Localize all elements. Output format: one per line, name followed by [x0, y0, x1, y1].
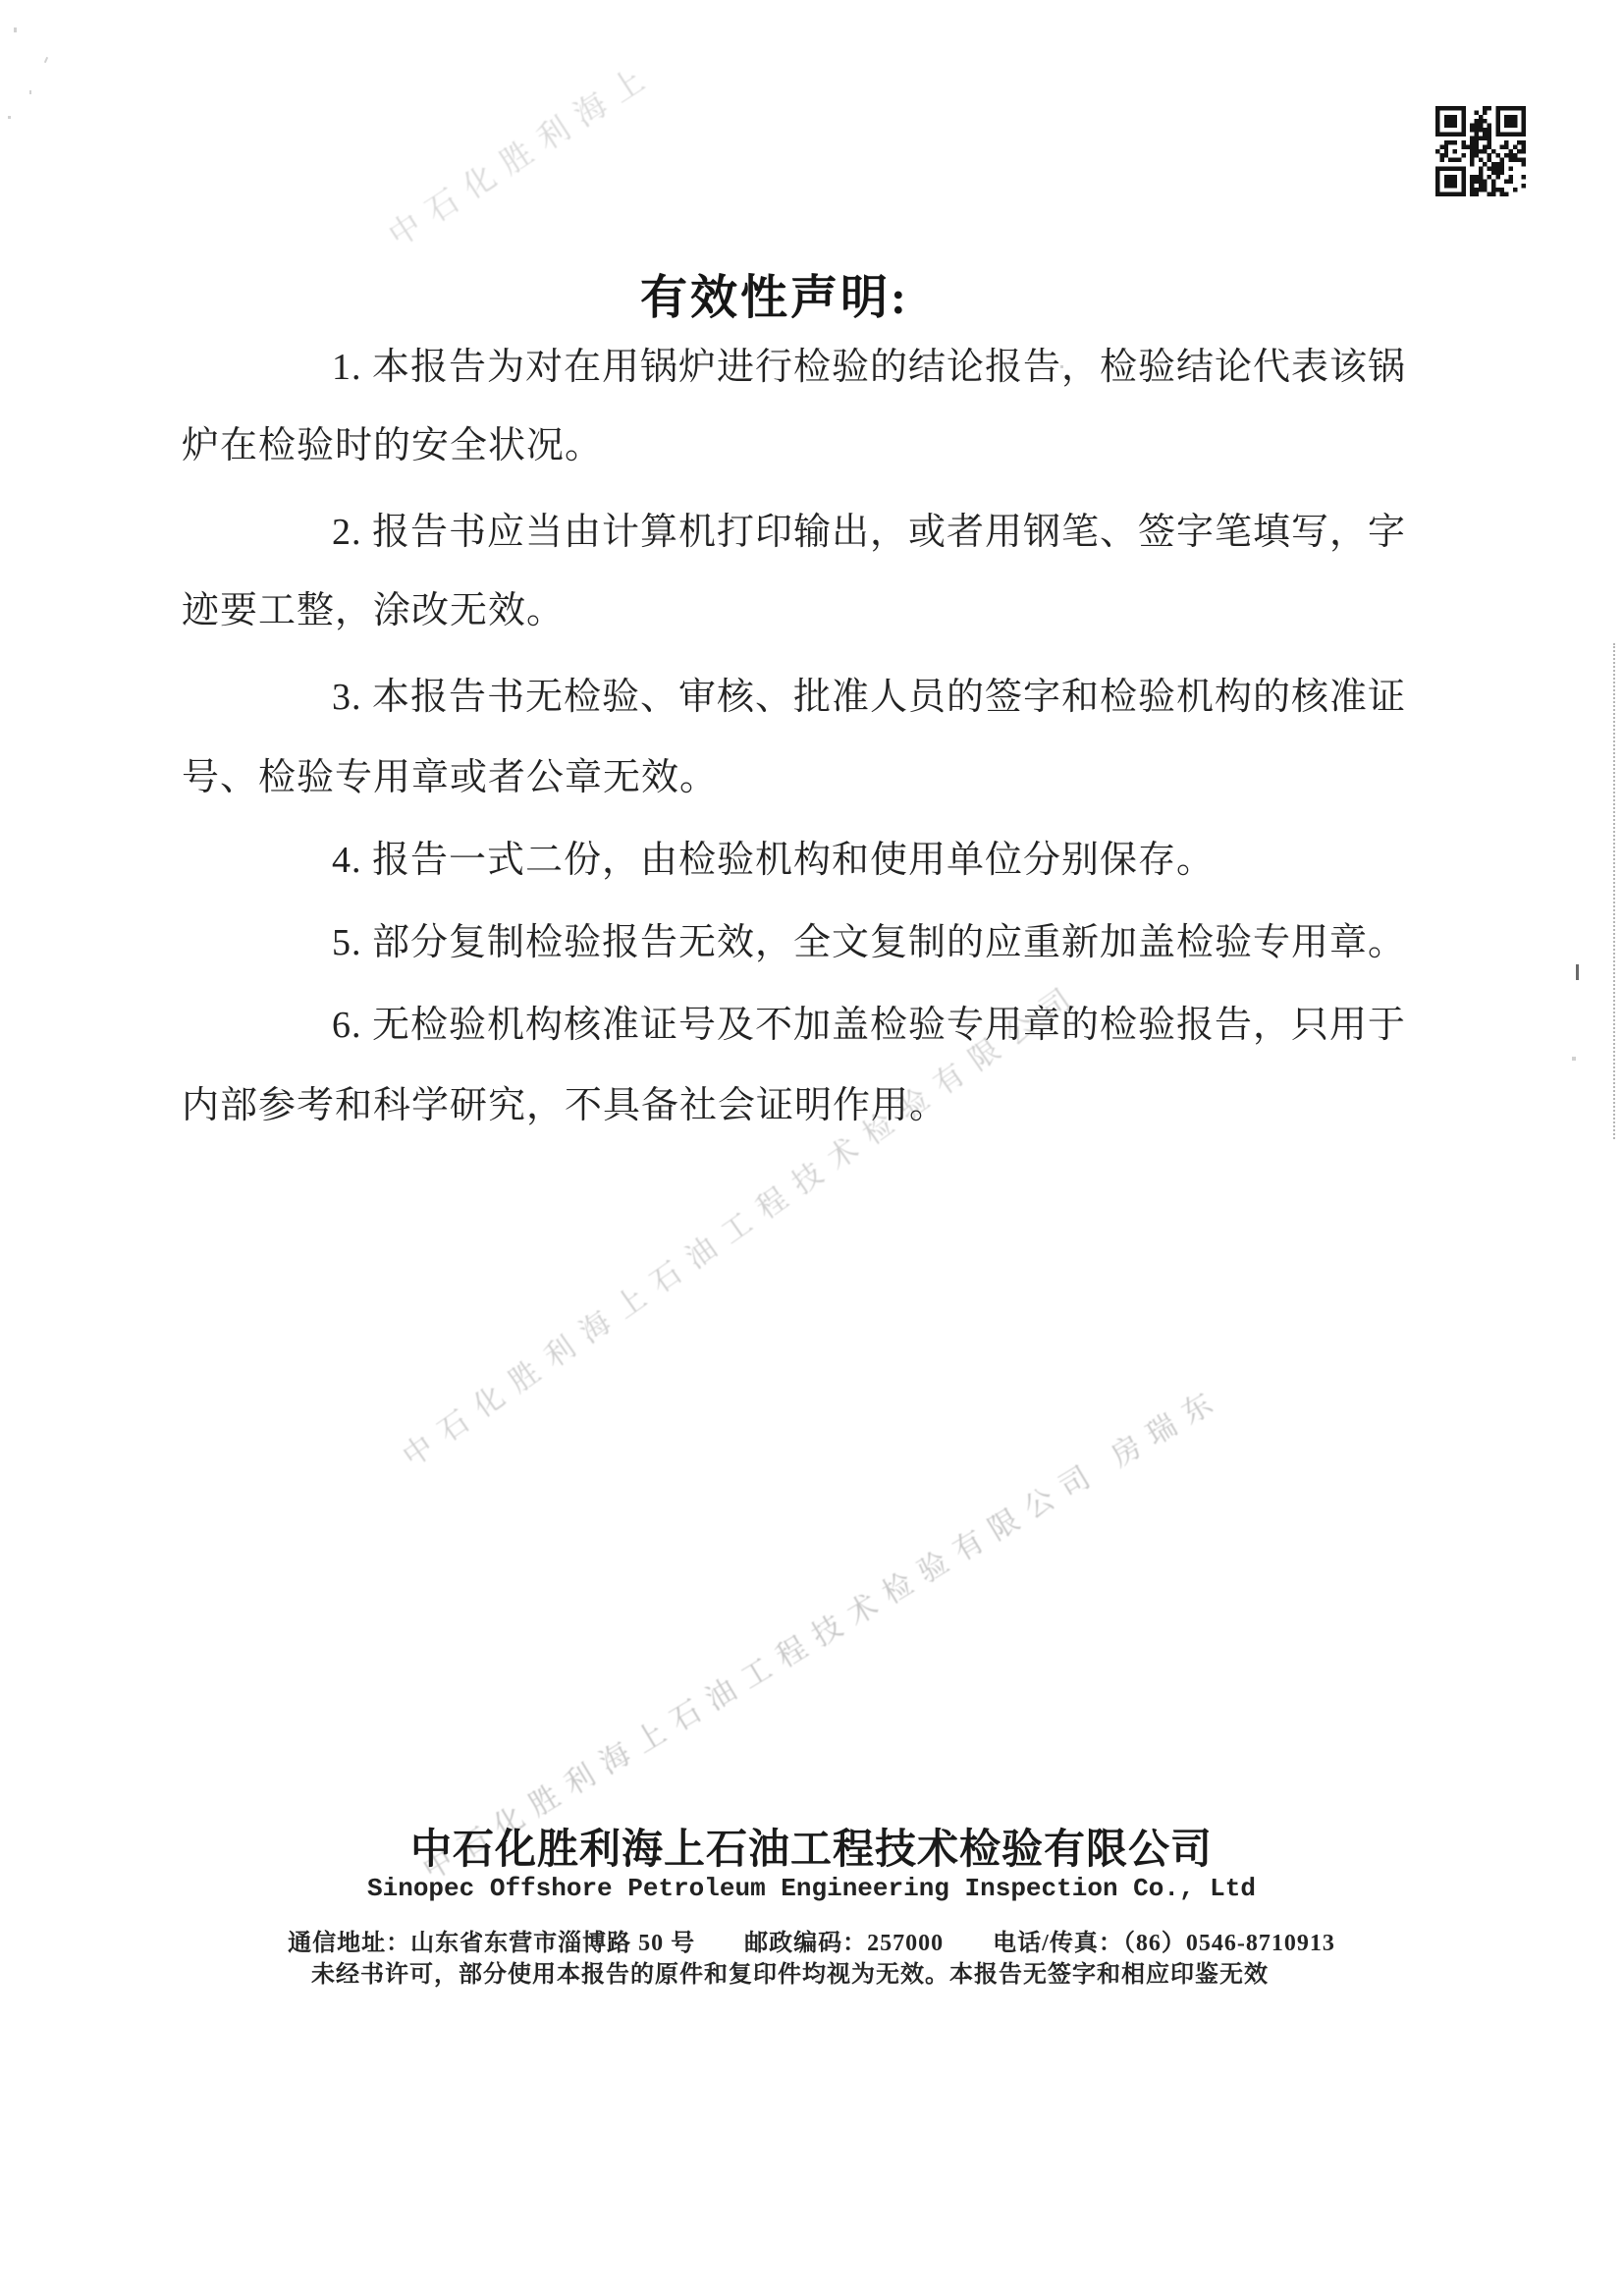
scan-tick-artifact — [1576, 964, 1579, 980]
company-name-chinese: 中石化胜利海上石油工程技术检验有限公司 — [0, 1817, 1623, 1876]
body-line: 5. 部分复制检验报告无效，全文复制的应重新加盖检验专用章。 — [332, 921, 1406, 966]
body-line: 迹要工整，涂改无效。 — [182, 589, 565, 634]
qr-code-icon — [1435, 106, 1526, 196]
body-line: 内部参考和科学研究，不具备社会证明作用。 — [182, 1084, 947, 1129]
scan-speck — [8, 116, 11, 119]
company-name-english: Sinopec Offshore Petroleum Engineering I… — [0, 1874, 1623, 1903]
scan-edge-artifact — [1613, 643, 1615, 1139]
scan-speck — [44, 57, 48, 63]
scanned-document-page: 中石化胜利海上 中石化胜利海上石油工程技术检验有限公司 中石化胜利海上石油工程技… — [0, 0, 1623, 2296]
body-line: 6. 无检验机构核准证号及不加盖检验专用章的检验报告，只用于 — [332, 1004, 1406, 1049]
body-line: 炉在检验时的安全状况。 — [182, 424, 603, 469]
page-title: 有效性声明: — [640, 259, 909, 327]
body-line: 号、检验专用章或者公章无效。 — [182, 756, 718, 801]
company-notice-line: 未经书许可，部分使用本报告的原件和复印件均视为无效。本报告无签字和相应印鉴无效 — [0, 1954, 1601, 1989]
scan-speck — [29, 90, 31, 94]
body-line: 1. 本报告为对在用锅炉进行检验的结论报告，检验结论代表该锅 — [332, 346, 1406, 391]
scan-speck — [1572, 1057, 1576, 1061]
scan-speck — [14, 27, 17, 32]
body-line: 2. 报告书应当由计算机打印输出，或者用钢笔、签字笔填写，字 — [332, 511, 1406, 556]
watermark-top-left: 中石化胜利海上 — [378, 49, 662, 255]
body-line: 3. 本报告书无检验、审核、批准人员的签字和检验机构的核准证 — [332, 676, 1406, 721]
watermark-lower: 中石化胜利海上石油工程技术检验有限公司 房瑞东 — [413, 1374, 1229, 1888]
company-contact-line: 通信地址：山东省东营市淄博路 50 号 邮政编码：257000 电话/传真：（8… — [0, 1923, 1623, 1957]
body-line: 4. 报告一式二份，由检验机构和使用单位分别保存。 — [332, 839, 1215, 884]
